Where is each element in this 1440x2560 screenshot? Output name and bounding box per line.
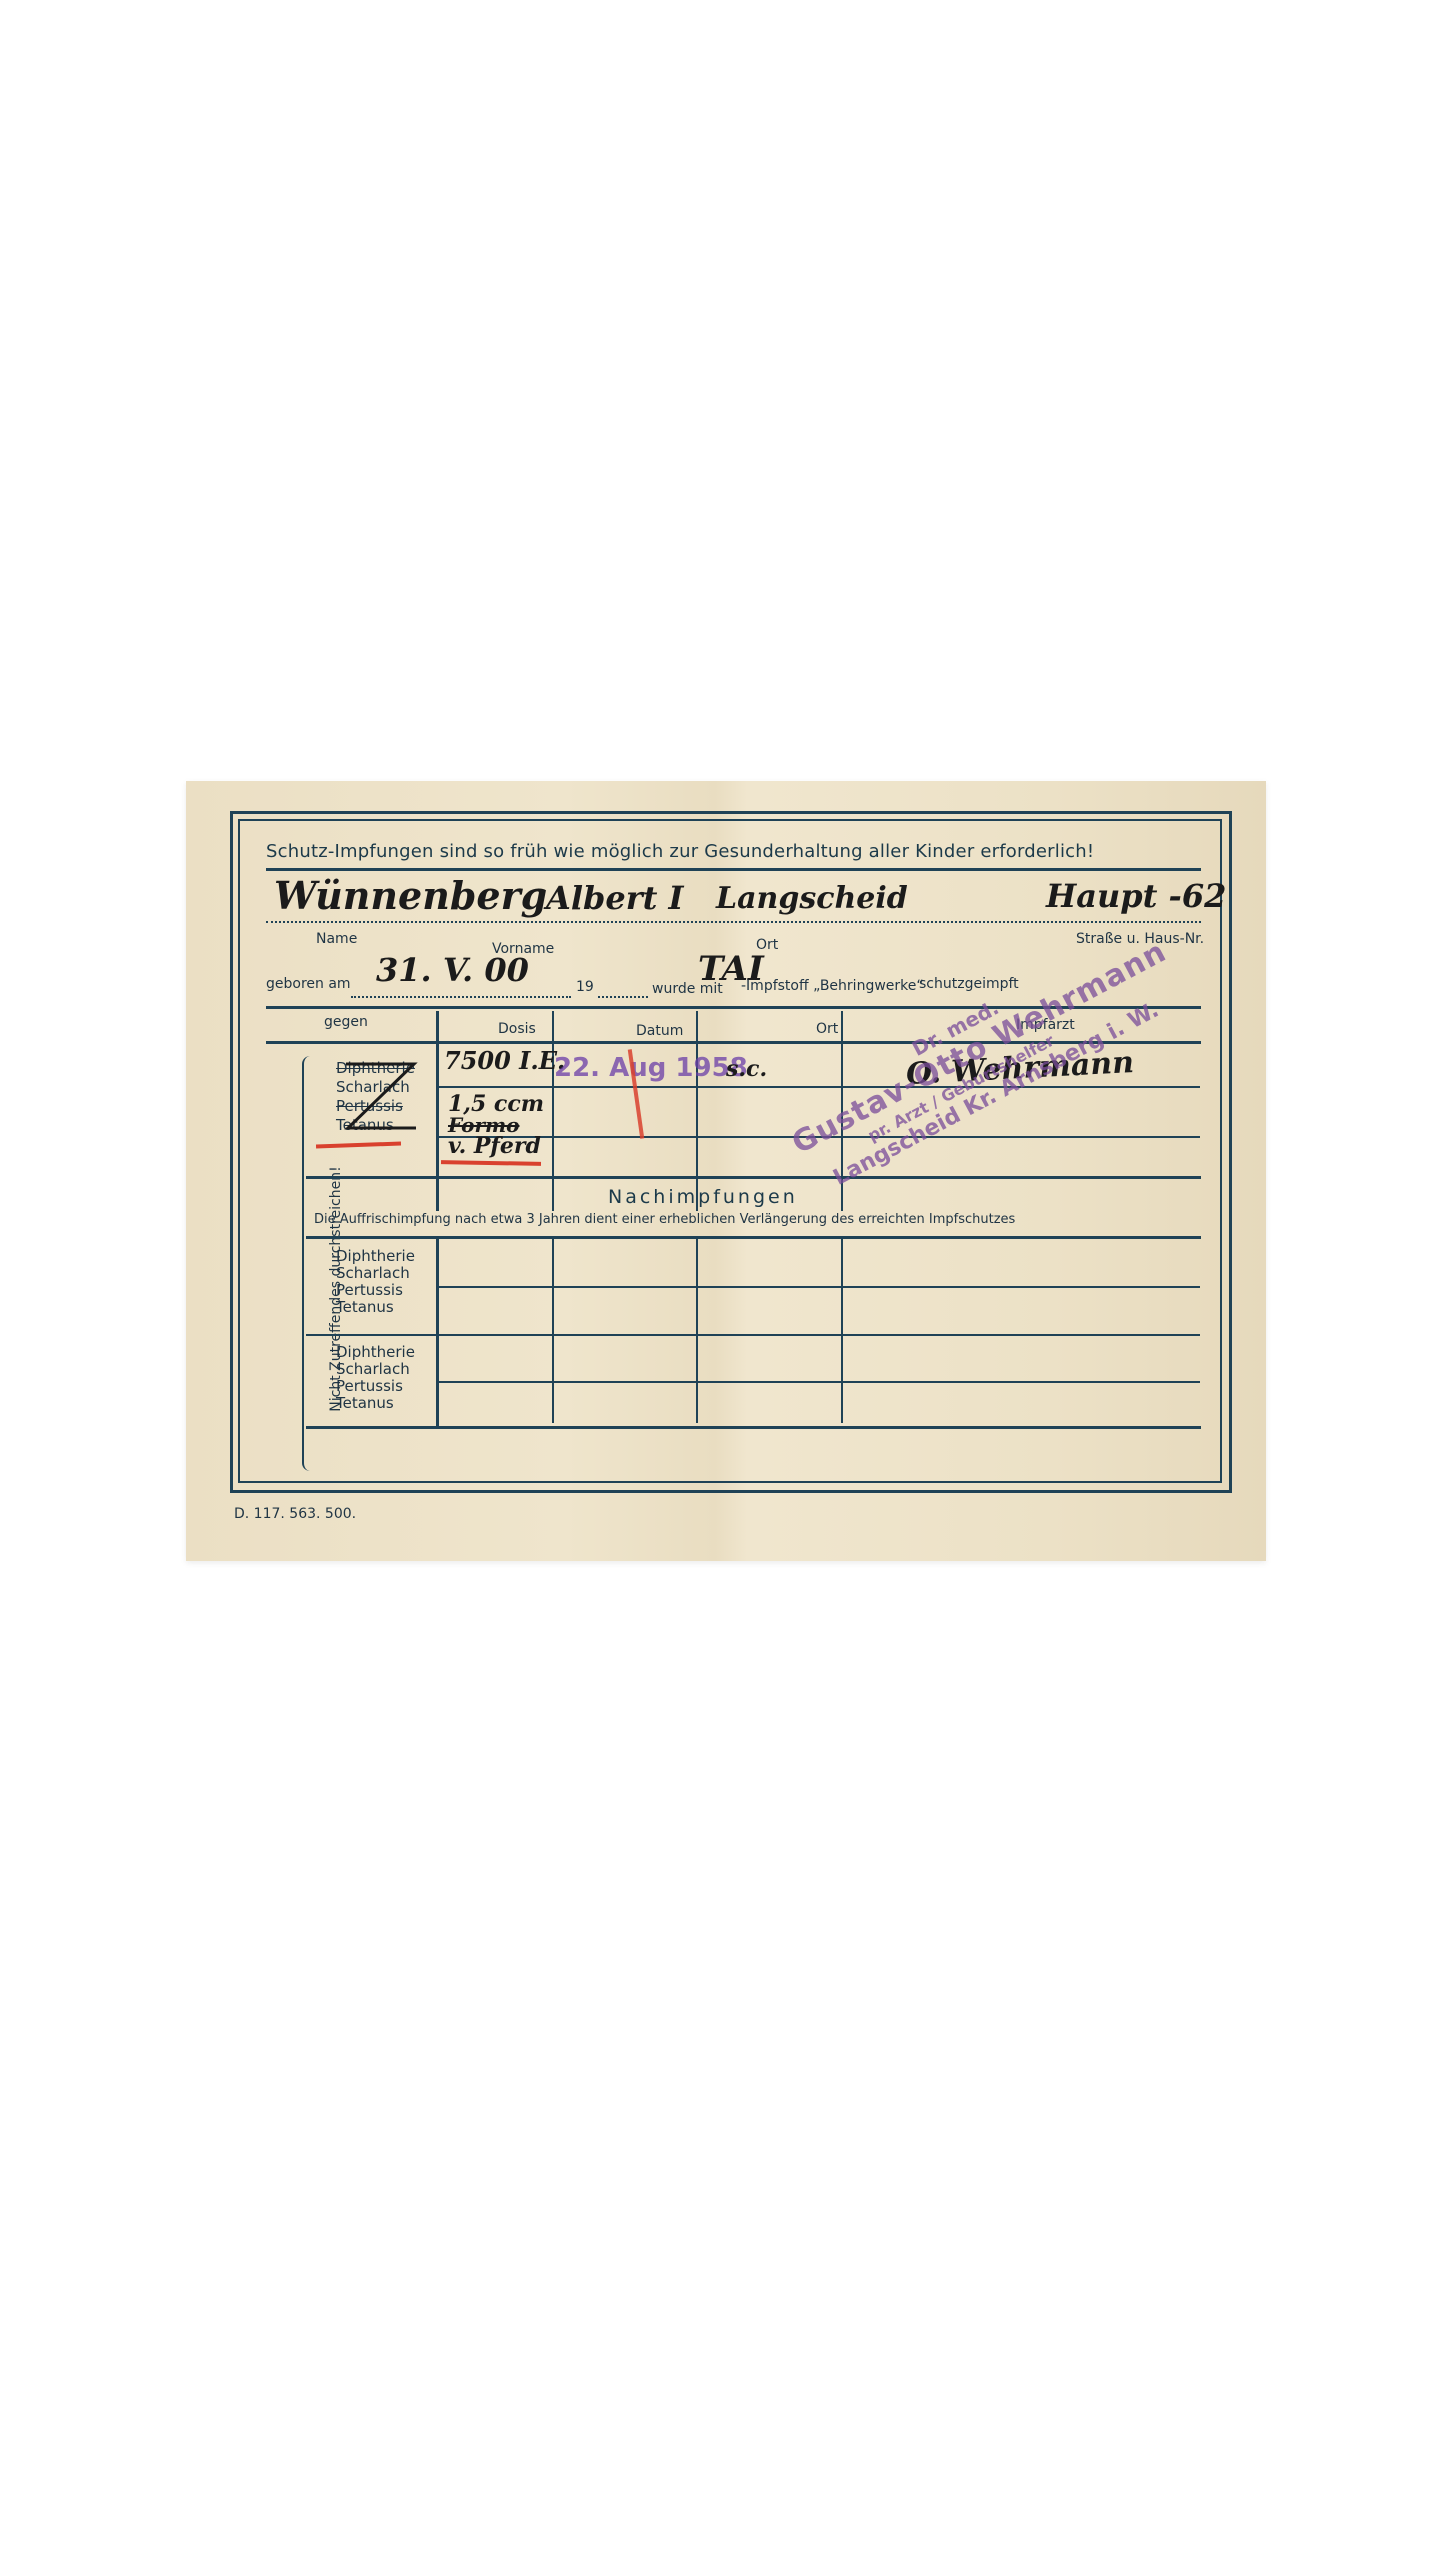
dosis-line-4: v. Pferd — [448, 1133, 541, 1159]
dosis-line-1: 7500 I.E. — [444, 1046, 565, 1075]
handwritten-strasse: Haupt -62 — [1046, 877, 1226, 915]
year-dotted-line — [598, 996, 648, 998]
row-line — [438, 1381, 1200, 1383]
row-line — [306, 1334, 1200, 1336]
label-geboren-am: geboren am — [266, 976, 351, 992]
col-divider — [436, 1011, 439, 1211]
disease-scharlach: Scharlach — [336, 1361, 415, 1378]
name-dotted-line — [266, 921, 1201, 923]
first-entry-bottom-rule — [306, 1176, 1201, 1179]
col-divider — [841, 1238, 843, 1423]
col-divider — [552, 1011, 554, 1211]
disease-pertussis: Pertussis — [336, 1282, 415, 1299]
disease-scharlach: Scharlach — [336, 1265, 415, 1282]
disease-diphtherie: Diphtherie — [336, 1344, 415, 1361]
nachimpfung-group-2: Diphtherie Scharlach Pertussis Tetanus — [336, 1344, 415, 1412]
label-year-prefix: 19 — [576, 979, 594, 995]
col-gegen: gegen — [324, 1014, 368, 1030]
col-divider — [696, 1238, 698, 1423]
col-datum: Datum — [636, 1023, 683, 1039]
col-ort: Ort — [816, 1021, 838, 1037]
header-rule — [266, 868, 1201, 871]
nachimpfungen-title: Nachimpfungen — [608, 1186, 798, 1208]
handwritten-ort: Langscheid — [716, 881, 908, 916]
handwritten-name: Wünnenberg — [274, 873, 547, 918]
disease-tetanus: Tetanus — [336, 1395, 415, 1412]
disease-pertussis: Pertussis — [336, 1378, 415, 1395]
datum-stamp: 22. Aug 1958 — [554, 1053, 748, 1083]
row-line — [438, 1286, 1200, 1288]
disease-diphtherie: Diphtherie — [336, 1248, 415, 1265]
handwritten-birthdate: 31. V. 00 — [376, 951, 529, 989]
ort-entry: s.c. — [726, 1056, 767, 1082]
bracket — [302, 1056, 312, 1471]
nachimpfungen-note: Die Auffrischimpfung nach etwa 3 Jahren … — [314, 1212, 1015, 1227]
col-divider — [436, 1238, 439, 1428]
form-number: D. 117. 563. 500. — [234, 1506, 356, 1522]
col-divider — [696, 1011, 698, 1211]
nachimpfung-bottom-rule — [306, 1426, 1201, 1429]
vaccination-card: Schutz-Impfungen sind so früh wie möglic… — [186, 781, 1266, 1561]
label-name: Name — [316, 931, 357, 947]
handwritten-vorname: Albert I — [546, 879, 683, 917]
nachimpfung-group-1: Diphtherie Scharlach Pertussis Tetanus — [336, 1248, 415, 1316]
z-strike-mark — [326, 1056, 436, 1146]
nachimpfungen-rule — [306, 1236, 1201, 1239]
disease-tetanus: Tetanus — [336, 1299, 415, 1316]
birth-dotted-line — [351, 996, 571, 998]
card-header: Schutz-Impfungen sind so früh wie möglic… — [266, 841, 1094, 862]
col-divider — [552, 1238, 554, 1423]
label-impfstoff: -Impfstoff „Behringwerke“ — [741, 978, 924, 994]
col-dosis: Dosis — [498, 1021, 536, 1037]
